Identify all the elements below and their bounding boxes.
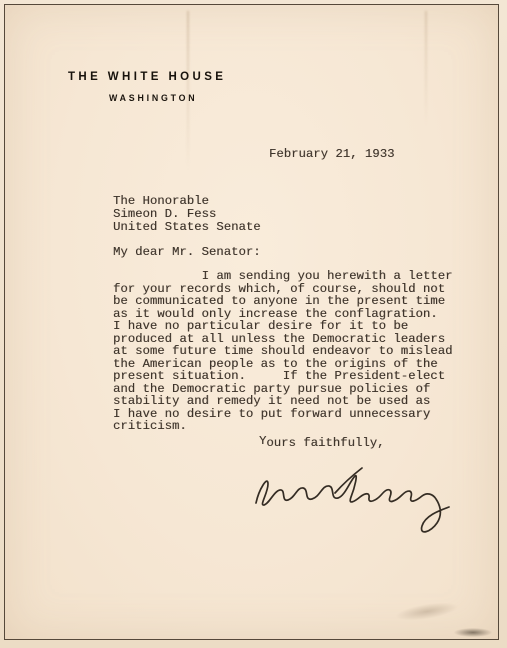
letter-body: I am sending you herewith a letter for y… — [113, 270, 469, 433]
letterhead-title: THE WHITE HOUSE — [68, 71, 226, 83]
signature-t-cross-stroke — [335, 468, 362, 493]
closing-line: Yours faithfully, — [259, 437, 384, 450]
closing-rest: ours faithfully, — [266, 436, 384, 450]
corner-smudge — [454, 628, 492, 637]
recipient-address: The Honorable Simeon D. Fess United Stat… — [113, 195, 261, 235]
signature-main-stroke — [256, 476, 449, 532]
salutation: My dear Mr. Senator: — [113, 246, 261, 259]
paper-crease-left — [187, 11, 189, 171]
paper-crease-right — [425, 11, 427, 126]
closing-initial: Y — [259, 434, 266, 448]
letterhead-subtitle: WASHINGTON — [109, 93, 197, 103]
letter-scan-background: THE WHITE HOUSE WASHINGTON February 21, … — [0, 0, 507, 648]
signature-herbert-hoover — [251, 465, 456, 547]
date-line: February 21, 1933 — [269, 148, 394, 161]
pencil-smear — [394, 599, 460, 624]
letter-page: THE WHITE HOUSE WASHINGTON February 21, … — [4, 4, 499, 640]
